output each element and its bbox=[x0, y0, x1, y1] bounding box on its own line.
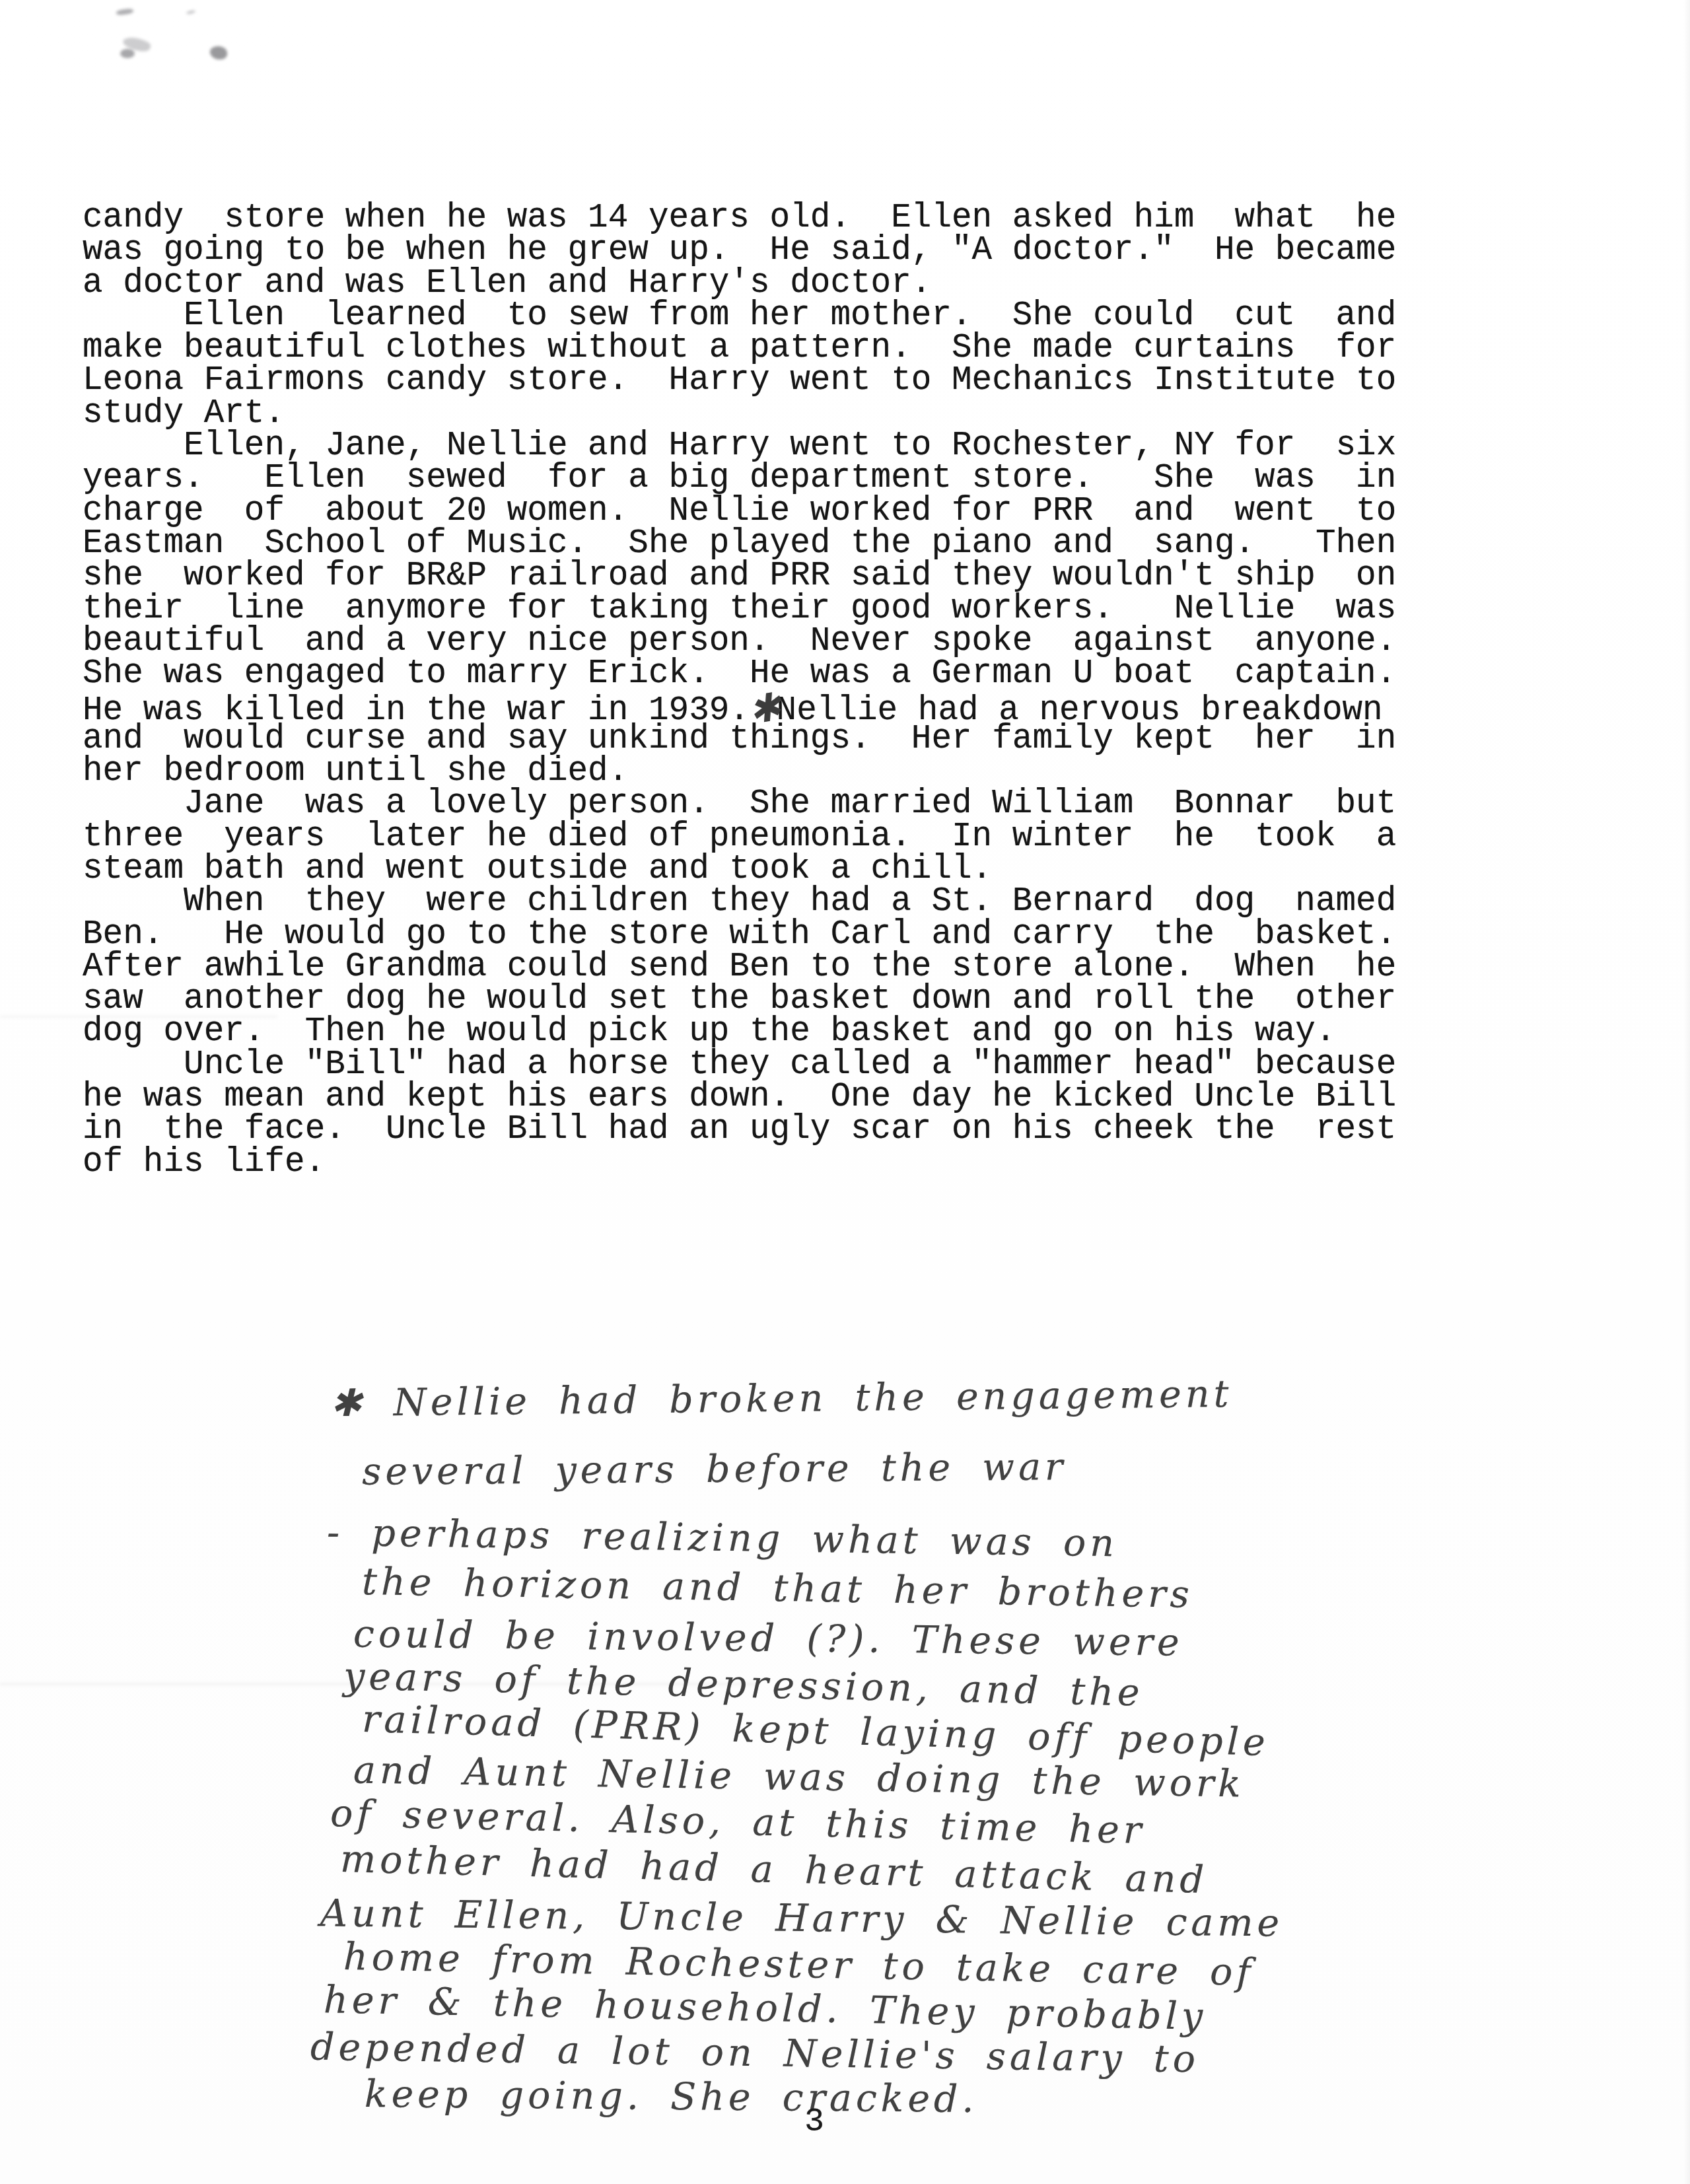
handwritten-line: the horizon and that her brothers bbox=[362, 1560, 1194, 1617]
handwritten-asterisk-mark: ✱ bbox=[746, 691, 783, 728]
typed-line: beautiful and a very nice person. Never … bbox=[83, 625, 1396, 658]
handwritten-line: and Aunt Nellie was doing the work bbox=[353, 1748, 1246, 1806]
typed-line: in the face. Uncle Bill had an ugly scar… bbox=[83, 1113, 1396, 1146]
pencil-smudge bbox=[116, 8, 134, 16]
typed-line: a doctor and was Ellen and Harry's docto… bbox=[83, 267, 1396, 300]
typed-line: saw another dog he would set the basket … bbox=[83, 983, 1396, 1016]
handwritten-line: several years before the war bbox=[362, 1445, 1067, 1493]
handwritten-line: railroad (PRR) kept laying off people bbox=[361, 1697, 1269, 1765]
handwritten-line: home from Rochester to take care of bbox=[343, 1935, 1255, 1994]
handwritten-line: Aunt Ellen, Uncle Harry & Nellie came bbox=[320, 1891, 1284, 1945]
handwritten-line: keep going. She cracked. bbox=[365, 2072, 978, 2121]
typed-line: Ellen, Jane, Nellie and Harry went to Ro… bbox=[83, 430, 1396, 462]
typed-line: her bedroom until she died. bbox=[83, 756, 1396, 788]
typed-line: he was mean and kept his ears down. One … bbox=[83, 1081, 1396, 1113]
handwritten-line: ✱ Nellie had broken the engagement bbox=[330, 1372, 1233, 1425]
typed-line: steam bath and went outside and took a c… bbox=[83, 853, 1396, 886]
typed-line: three years later he died of pneumonia. … bbox=[83, 821, 1396, 853]
typed-line: Ben. He would go to the store with Carl … bbox=[83, 919, 1396, 951]
handwritten-line: mother had had a heart attack and bbox=[339, 1837, 1208, 1902]
page-number: 3 bbox=[804, 2103, 824, 2141]
typed-line: she worked for BR&P railroad and PRR sai… bbox=[83, 560, 1396, 592]
typed-line: was going to be when he grew up. He said… bbox=[83, 234, 1396, 267]
handwritten-line: of several. Also, at this time her bbox=[330, 1792, 1145, 1852]
handwritten-line: - perhaps realizing what was on bbox=[327, 1511, 1119, 1566]
typed-line: She was engaged to marry Erick. He was a… bbox=[83, 658, 1396, 690]
typed-line: their line anymore for taking their good… bbox=[83, 593, 1396, 625]
typed-line: dog over. Then he would pick up the bask… bbox=[83, 1016, 1396, 1048]
typed-line: Jane was a lovely person. She married Wi… bbox=[83, 788, 1396, 820]
typed-line: Uncle "Bill" had a horse they called a "… bbox=[83, 1049, 1396, 1081]
typed-line: and would curse and say unkind things. H… bbox=[83, 723, 1396, 756]
typed-line: He was killed in the war in 1939.✱Nellie… bbox=[83, 690, 1396, 722]
pencil-smudge bbox=[210, 46, 227, 59]
handwritten-line: her & the household. They probably bbox=[323, 1978, 1207, 2039]
typed-line: of his life. bbox=[83, 1146, 1396, 1179]
typed-line: Eastman School of Music. She played the … bbox=[83, 528, 1396, 560]
typed-line: After awhile Grandma could send Ben to t… bbox=[83, 951, 1396, 983]
typed-line: When they were children they had a St. B… bbox=[83, 886, 1396, 918]
typed-text: candy store when he was 14 years old. El… bbox=[83, 202, 1396, 1179]
typed-line: Ellen learned to sew from her mother. Sh… bbox=[83, 300, 1396, 332]
typed-line: years. Ellen sewed for a big department … bbox=[83, 462, 1396, 495]
handwritten-line: could be involved (?). These were bbox=[353, 1612, 1183, 1664]
typed-line: Leona Fairmons candy store. Harry went t… bbox=[83, 365, 1396, 397]
typed-line: candy store when he was 14 years old. El… bbox=[83, 202, 1396, 234]
typed-line: study Art. bbox=[83, 398, 1396, 430]
typed-line: charge of about 20 women. Nellie worked … bbox=[83, 495, 1396, 528]
paper-crease bbox=[0, 1683, 759, 1685]
pencil-smudge bbox=[186, 9, 196, 15]
scanned-page: candy store when he was 14 years old. El… bbox=[0, 0, 1690, 2184]
scan-edge-shadow bbox=[1683, 0, 1690, 2184]
typed-line: make beautiful clothes without a pattern… bbox=[83, 332, 1396, 365]
handwritten-line: depended a lot on Nellie's salary to bbox=[310, 2025, 1200, 2082]
pencil-smudge bbox=[120, 49, 135, 58]
